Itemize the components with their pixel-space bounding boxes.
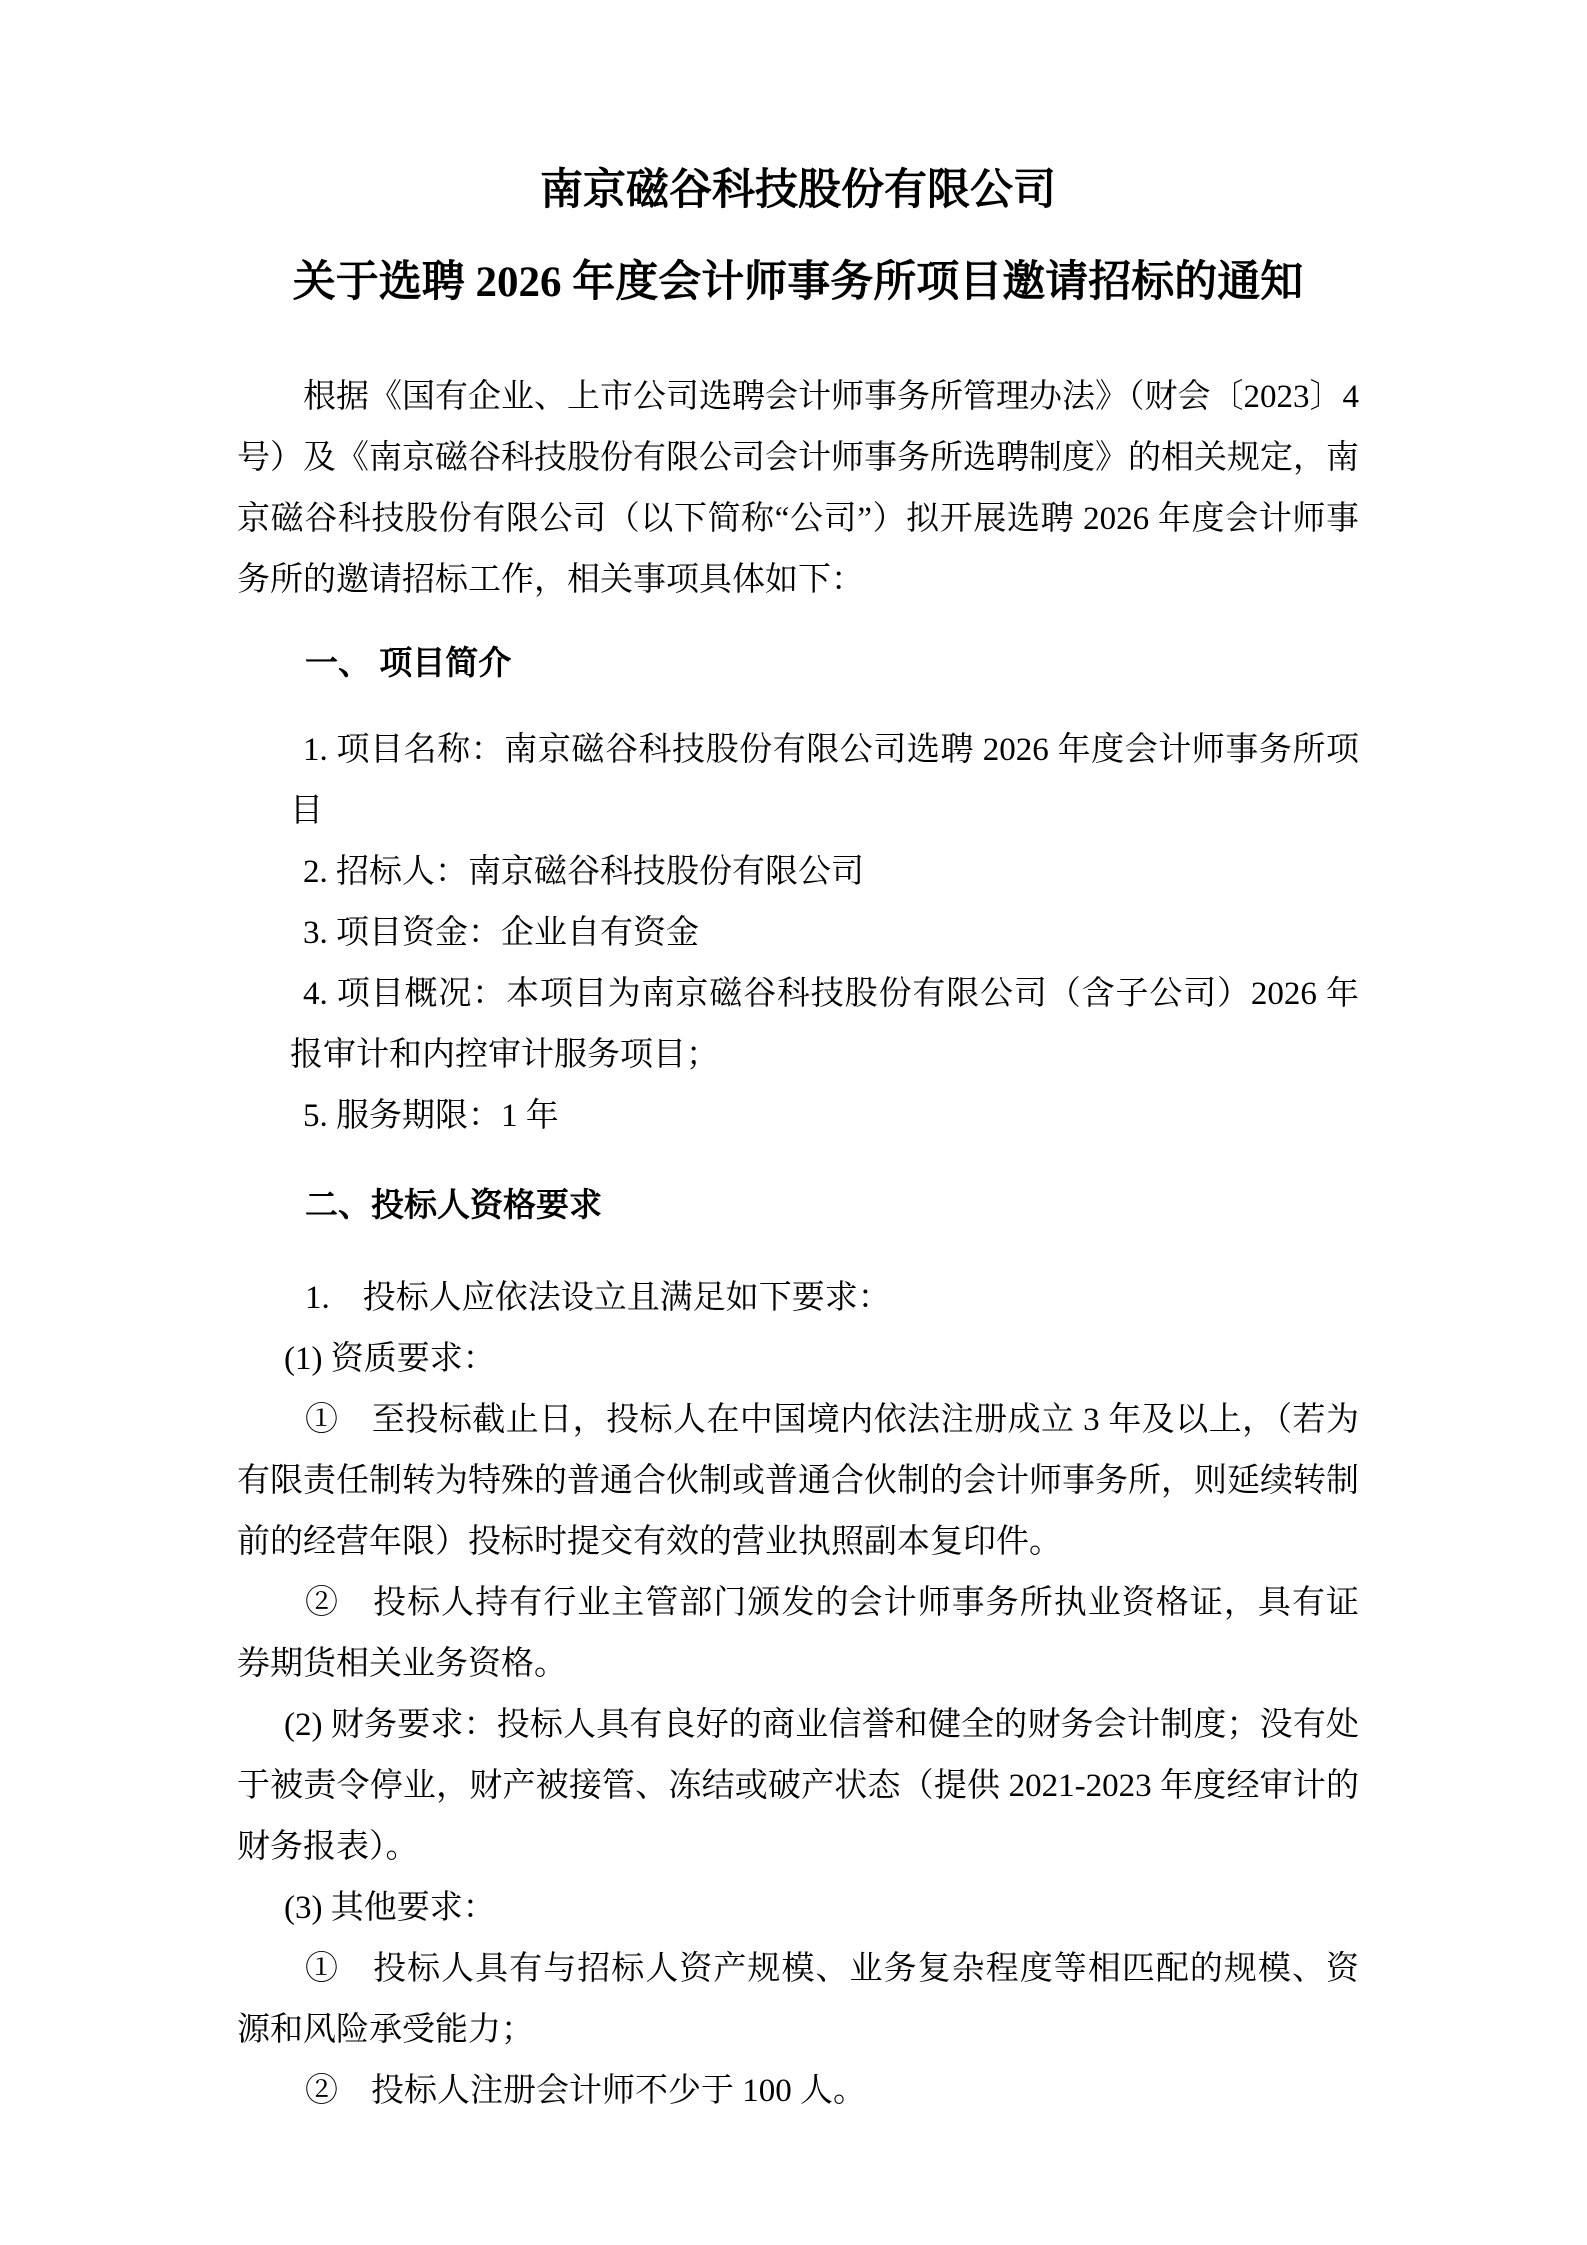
other-requirement-label: (3) 其他要求： — [237, 1878, 1359, 1939]
qualification-item-2: ② 投标人持有行业主管部门颁发的会计师事务所执业资格证，具有证券期货相关业务资格… — [237, 1573, 1359, 1695]
intro-paragraph: 根据《国有企业、上市公司选聘会计师事务所管理办法》（财会〔2023〕4 号）及《… — [237, 367, 1359, 611]
financial-requirement: (2) 财务要求：投标人具有良好的商业信誉和健全的财务会计制度；没有处于被责令停… — [237, 1695, 1359, 1878]
list-item-project-scope: 4. 项目概况：本项目为南京磁谷科技股份有限公司（含子公司）2026 年报审计和… — [290, 964, 1359, 1086]
qualification-item-1: ① 至投标截止日，投标人在中国境内依法注册成立 3 年及以上，（若为有限责任制转… — [237, 1390, 1359, 1573]
section1-item-list: 1. 项目名称：南京磁谷科技股份有限公司选聘 2026 年度会计师事务所项目 2… — [237, 720, 1359, 1147]
document-body: 根据《国有企业、上市公司选聘会计师事务所管理办法》（财会〔2023〕4 号）及《… — [237, 367, 1359, 2122]
document-page: 南京磁谷科技股份有限公司 关于选聘 2026 年度会计师事务所项目邀请招标的通知… — [0, 0, 1587, 2245]
list-item-service-term: 5. 服务期限：1 年 — [290, 1086, 1359, 1147]
company-title: 南京磁谷科技股份有限公司 — [237, 145, 1359, 237]
list-item-project-name: 1. 项目名称：南京磁谷科技股份有限公司选聘 2026 年度会计师事务所项目 — [290, 720, 1359, 842]
qualification-requirement-label: (1) 资质要求： — [237, 1329, 1359, 1390]
other-requirement-item-2: ② 投标人注册会计师不少于 100 人。 — [237, 2061, 1359, 2122]
section1-heading: 一、 项目简介 — [237, 634, 1359, 695]
list-item-project-funds: 3. 项目资金：企业自有资金 — [290, 903, 1359, 964]
section2-heading: 二、投标人资格要求 — [237, 1176, 1359, 1237]
bidder-requirement-intro: 1. 投标人应依法设立且满足如下要求： — [237, 1268, 1359, 1329]
list-item-tenderee: 2. 招标人：南京磁谷科技股份有限公司 — [290, 842, 1359, 903]
other-requirement-item-1: ① 投标人具有与招标人资产规模、业务复杂程度等相匹配的规模、资源和风险承受能力； — [237, 1939, 1359, 2061]
notice-title: 关于选聘 2026 年度会计师事务所项目邀请招标的通知 — [237, 237, 1359, 329]
